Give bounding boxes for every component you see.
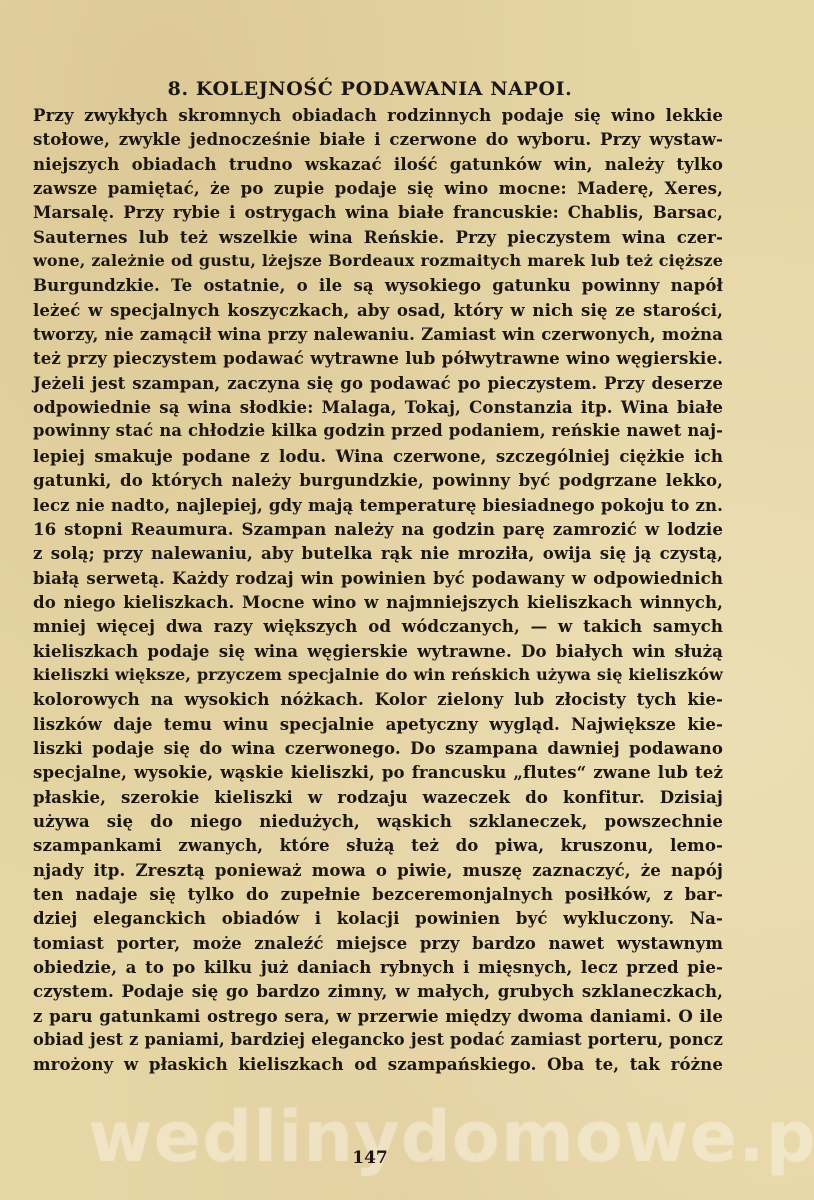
text-line: białą serwetą. Każdy rodzaj win powinien…	[33, 566, 723, 590]
text-line: z paru gatunkami ostrego sera, w przerwi…	[33, 1004, 723, 1028]
text-line: tomiast porter, może znaleźć miejsce prz…	[33, 931, 723, 955]
text-line: używa się do niego niedużych, wąskich sz…	[33, 809, 723, 833]
text-line: do niego kieliszkach. Mocne wino w najmn…	[33, 590, 723, 614]
text-line: tworzy, nie zamącił wina przy nalewaniu.…	[33, 322, 723, 346]
text-line: 16 stopni Reaumura. Szampan należy na go…	[33, 517, 723, 541]
book-page: 8. KOLEJNOŚĆ PODAWANIA NAPOI. Przy zwykł…	[0, 0, 814, 1200]
text-line: też przy pieczystem podawać wytrawne lub…	[33, 346, 723, 370]
text-line: ten nadaje się tylko do zupełnie bezcere…	[33, 882, 723, 906]
text-line: liszków daje temu winu specjalnie apetyc…	[33, 712, 723, 736]
text-line: Przy zwykłych skromnych obiadach rodzinn…	[33, 103, 723, 127]
text-line: obiedzie, a to po kilku już daniach rybn…	[33, 955, 723, 979]
text-line: Sauternes lub też wszelkie wina Reńskie.…	[33, 225, 723, 249]
text-line: specjalne, wysokie, wąskie kieliszki, po…	[33, 760, 723, 784]
text-line: lecz nie nadto, najlepiej, gdy mają temp…	[33, 493, 723, 517]
text-line: odpowiednie są wina słodkie: Malaga, Tok…	[33, 395, 723, 419]
text-line: stołowe, zwykle jednocześnie białe i cze…	[33, 127, 723, 151]
text-line: kolorowych na wysokich nóżkach. Kolor zi…	[33, 687, 723, 711]
text-line: szampankami zwanych, które służą też do …	[33, 833, 723, 857]
text-line: Jeżeli jest szampan, zaczyna się go poda…	[33, 371, 723, 395]
text-line: dziej eleganckich obiadów i kolacji powi…	[33, 906, 723, 930]
page-number: 147	[0, 1148, 740, 1168]
text-line: gatunki, do których należy burgundzkie, …	[33, 468, 723, 492]
section-title: 8. KOLEJNOŚĆ PODAWANIA NAPOI.	[0, 78, 740, 100]
text-line: mrożony w płaskich kieliszkach od szampa…	[33, 1052, 723, 1076]
text-line: kieliszki większe, przyczem specjalnie d…	[33, 663, 723, 687]
text-line: lepiej smakuje podane z lodu. Wina czerw…	[33, 444, 723, 468]
text-line: czystem. Podaje się go bardzo zimny, w m…	[33, 979, 723, 1003]
text-line: Marsalę. Przy rybie i ostrygach wina bia…	[33, 200, 723, 224]
text-line: z solą; przy nalewaniu, aby butelka rąk …	[33, 541, 723, 565]
text-line: niejszych obiadach trudno wskazać ilość …	[33, 152, 723, 176]
text-line: mniej więcej dwa razy większych od wódcz…	[33, 614, 723, 638]
body-text: Przy zwykłych skromnych obiadach rodzinn…	[33, 103, 723, 1077]
text-line: wone, zależnie od gustu, lżejsze Bordeau…	[33, 249, 723, 273]
text-line: płaskie, szerokie kieliszki w rodzaju wa…	[33, 785, 723, 809]
text-line: leżeć w specjalnych koszyczkach, aby osa…	[33, 298, 723, 322]
text-line: kieliszkach podaje się wina węgierskie w…	[33, 639, 723, 663]
text-line: obiad jest z paniami, bardziej elegancko…	[33, 1028, 723, 1052]
text-line: Burgundzkie. Te ostatnie, o ile są wysok…	[33, 273, 723, 297]
text-line: zawsze pamiętać, że po zupie podaje się …	[33, 176, 723, 200]
text-line: liszki podaje się do wina czerwonego. Do…	[33, 736, 723, 760]
text-line: njady itp. Zresztą ponieważ mowa o piwie…	[33, 858, 723, 882]
text-line: powinny stać na chłodzie kilka godzin pr…	[33, 419, 723, 443]
